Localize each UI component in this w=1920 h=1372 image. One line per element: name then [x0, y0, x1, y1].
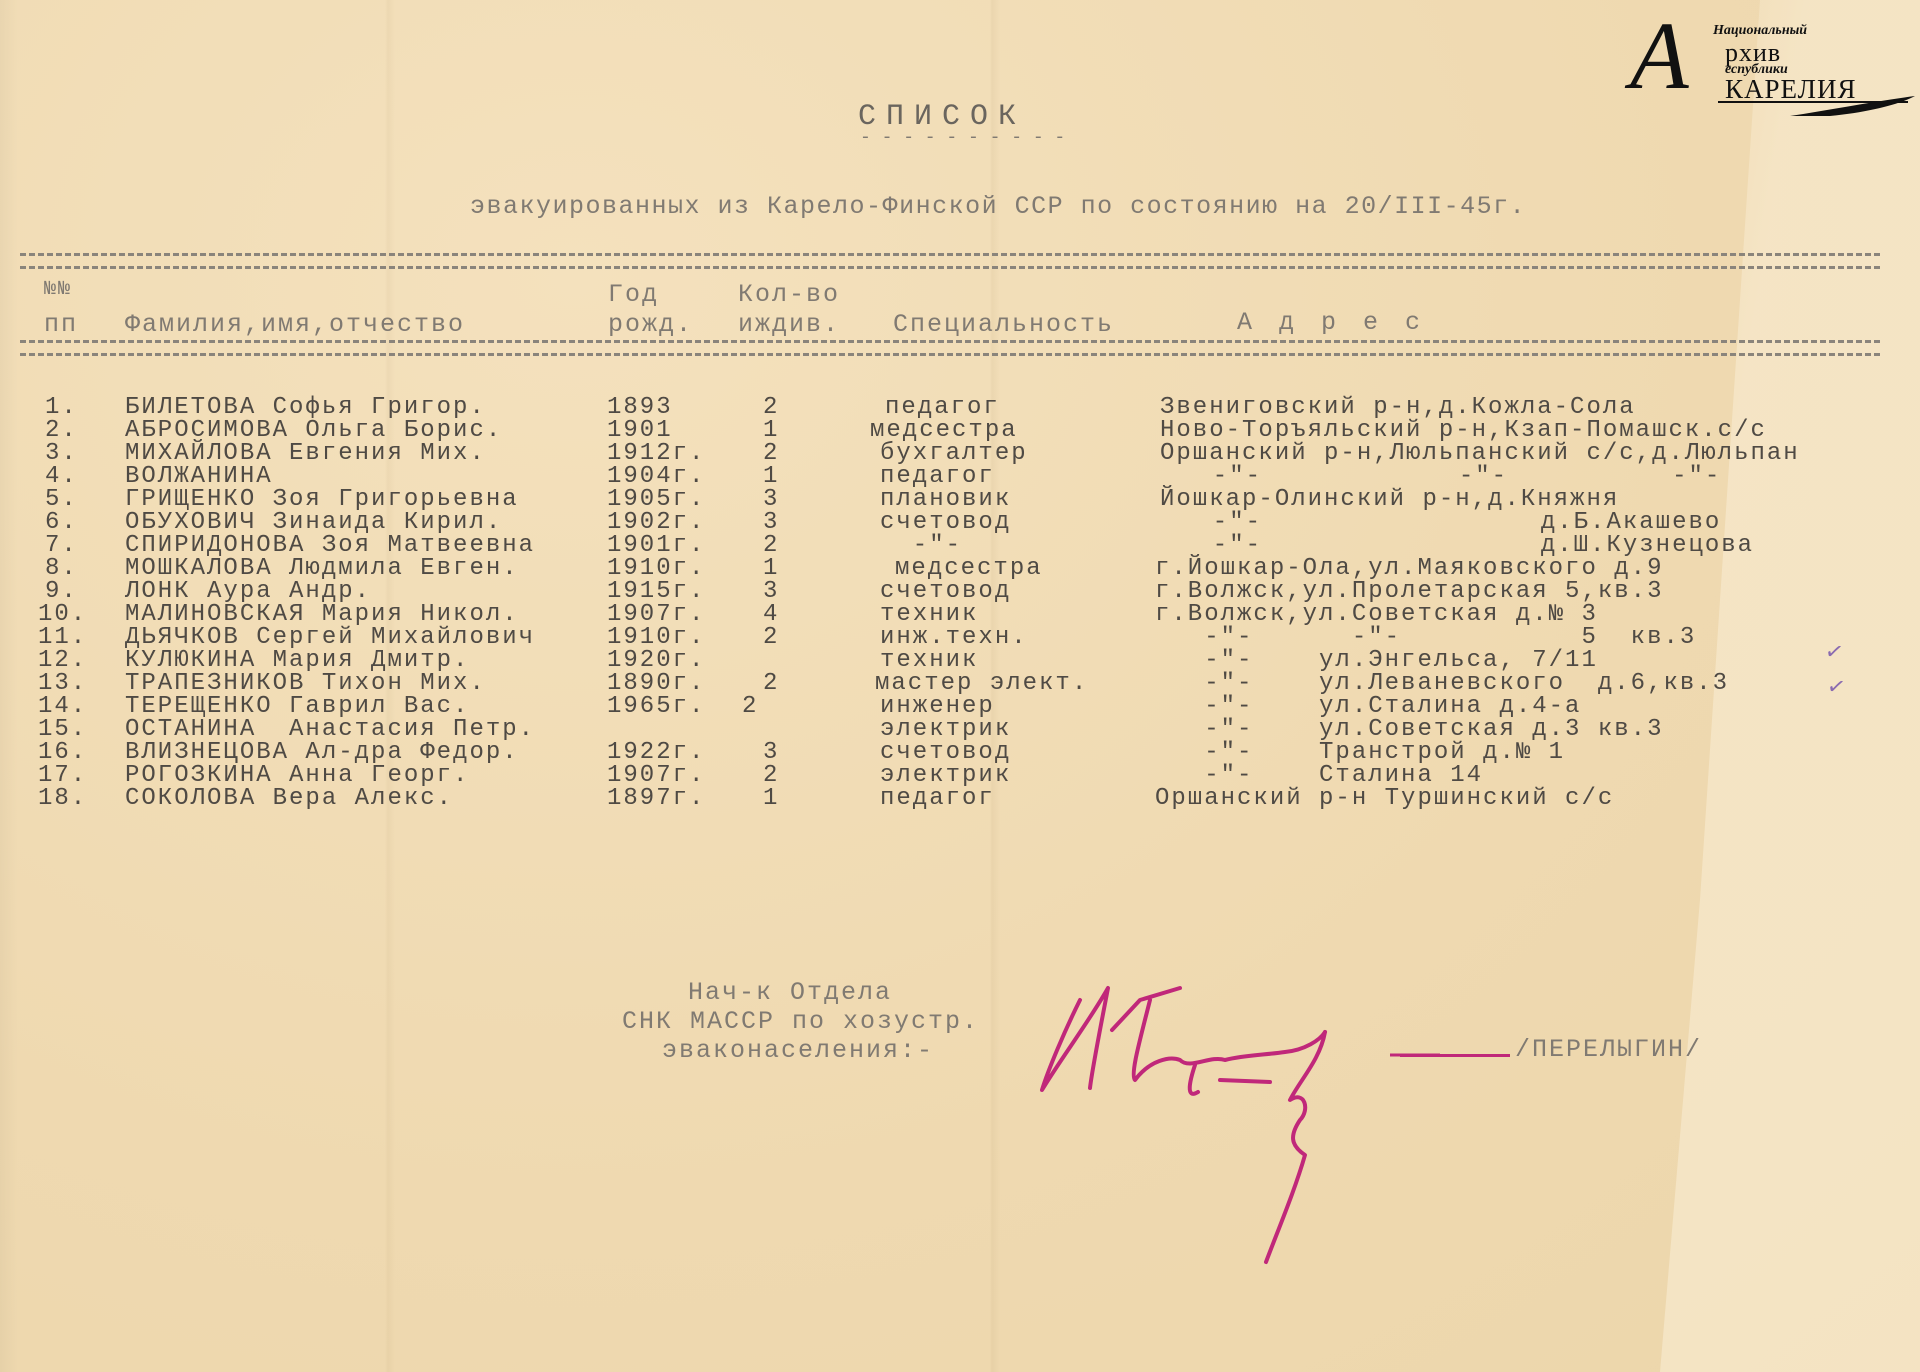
header-num-line1: №№ — [44, 278, 72, 301]
title-underline: - - - - - - - - - - — [860, 128, 1065, 148]
header-num-line2: пп — [44, 310, 78, 339]
table-row: 6. ОБУХОВИЧ Зинаида Кирил. 1902г. 3 счет… — [0, 509, 1920, 533]
footer-position-line3: эваконаселения:- — [662, 1036, 934, 1065]
archive-logo: А Национальный рхив еспублики КАРЕЛИЯ — [1630, 8, 1915, 116]
footer-position-line2: СНК МАССР по хозустр. — [622, 1007, 979, 1036]
quill-pen-icon — [1790, 96, 1915, 118]
logo-initial: А — [1630, 8, 1689, 104]
table-row: 12. КУЛЮКИНА Мария Дмитр. 1920г. техник … — [0, 647, 1920, 671]
footer-position-line1: Нач-к Отдела — [688, 978, 892, 1007]
table-row: 18. СОКОЛОВА Вера Алекс. 1897г. 1 педаго… — [0, 785, 1920, 809]
header-year-line2: рожд. — [608, 310, 693, 339]
header-address: А д р е с — [1237, 308, 1426, 337]
row-number: 18. — [38, 785, 87, 812]
table-row: 14. ТЕРЕЩЕНКО Гаврил Вас. 1965г. 2 инжен… — [0, 693, 1920, 717]
row-dependents: 1 — [763, 785, 779, 812]
row-birth-year: 1897г. — [607, 785, 705, 812]
signatory-name: /ПЕРЕЛЫГИН/ — [1515, 1035, 1702, 1064]
signature-dash — [1400, 1054, 1510, 1057]
header-bottom-rule — [20, 340, 1880, 356]
header-dependents-line1: Кол-во — [738, 280, 840, 309]
table-row: 16. ВЛИЗНЕЦОВА Ал-дра Федор. 1922г. 3 сч… — [0, 739, 1920, 763]
header-name: Фамилия,имя,отчество — [125, 310, 465, 339]
table-row: 7. СПИРИДОНОВА Зоя Матвеевна 1901г. 2 -"… — [0, 532, 1920, 556]
table-row: 5. ГРИЩЕНКО Зоя Григорьевна 1905г. 3 пла… — [0, 486, 1920, 510]
header-year-line1: Год — [608, 280, 659, 309]
table-row: 11. ДЬЯЧКОВ Сергей Михайлович 1910г. 2 и… — [0, 624, 1920, 648]
table-row: 13. ТРАПЕЗНИКОВ Тихон Мих. 1890г. 2 маст… — [0, 670, 1920, 694]
row-name: СОКОЛОВА Вера Алекс. — [125, 785, 453, 812]
logo-line-national: Национальный — [1713, 23, 1807, 39]
row-address: Оршанский р-н Туршинский с/с — [1155, 785, 1614, 812]
table-row: 10. МАЛИНОВСКАЯ Мария Никол. 1907г. 4 те… — [0, 601, 1920, 625]
header-specialty: Специальность — [893, 310, 1114, 339]
handwritten-signature — [1020, 960, 1440, 1280]
header-top-rule — [20, 253, 1880, 269]
table-row: 17. РОГОЗКИНА Анна Георг. 1907г. 2 элект… — [0, 762, 1920, 786]
table-row: 4. ВОЛЖАНИНА 1904г. 1 педагог -"- -"- -"… — [0, 463, 1920, 487]
table-row: 15. ОСТАНИНА Анастасия Петр. электрик -"… — [0, 716, 1920, 740]
header-dependents-line2: иждив. — [738, 310, 840, 339]
table-row: 8. МОШКАЛОВА Людмила Евген. 1910г. 1 мед… — [0, 555, 1920, 579]
table-row: 2. АБРОСИМОВА Ольга Борис. 1901 1 медсес… — [0, 417, 1920, 441]
table-row: 9. ЛОНК Аура Андр. 1915г. 3 счетовод г.В… — [0, 578, 1920, 602]
table-row: 1. БИЛЕТОВА Софья Григор. 1893 2 педагог… — [0, 394, 1920, 418]
document-subtitle: эвакуированных из Карело-Финской ССР по … — [470, 192, 1526, 221]
row-specialty: педагог — [880, 785, 995, 812]
table-row: 3. МИХАЙЛОВА Евгения Мих. 1912г. 2 бухга… — [0, 440, 1920, 464]
